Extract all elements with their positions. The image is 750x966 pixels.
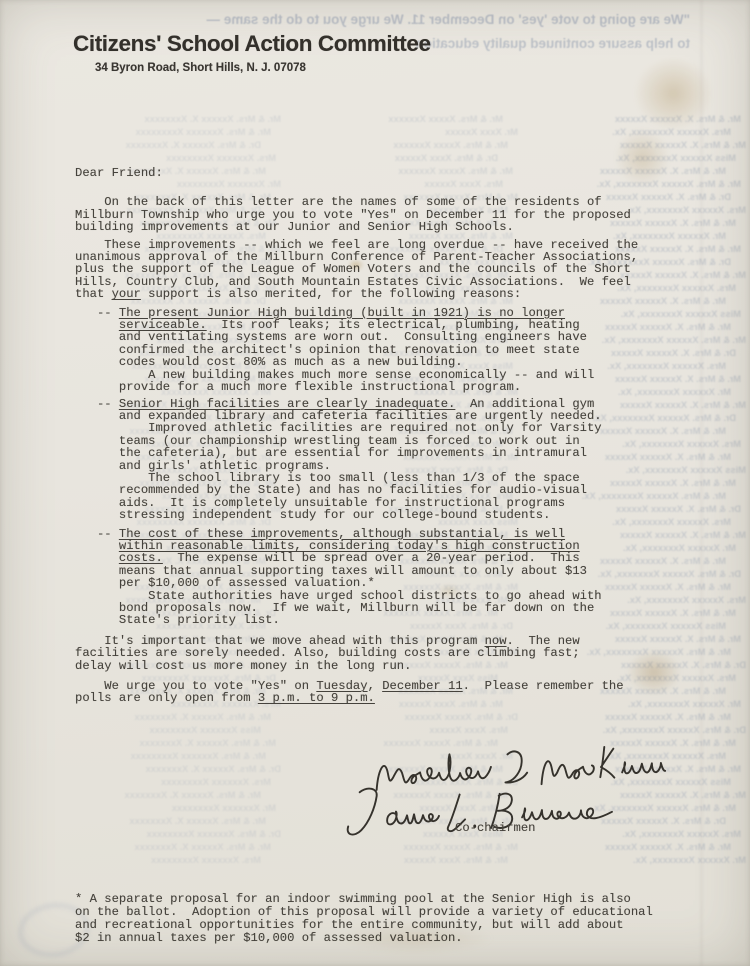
bleedthrough-name-row: Dr. & Mrs. Xxxx Xxxxxx (298, 151, 518, 164)
bleedthrough-name-row: Dr. & Mrs. Xxxxx Xxxxxxx (298, 710, 518, 723)
bleedthrough-name-row: Mr. & Mrs. Xxxxxx X. Xxxxxxxx (66, 840, 281, 853)
bleedthrough-name-row: Mr. Xxxxxxx Xxxxxxxxx (66, 801, 281, 814)
underlined-text: 3 p.m. to 9 p.m. (258, 691, 375, 705)
letter-paragraph: On the back of this letter are the names… (75, 196, 687, 233)
footnote-line: $2 in annual taxes per $10,000 of assess… (75, 932, 695, 945)
letterhead-address: 34 Byron Road, Short Hills, N. J. 07078 (95, 62, 306, 75)
bleedthrough-name-row: Miss Xxxxxx Xxxxxxxx, Xx. (536, 151, 746, 164)
letter-bullet: -- The cost of these improvements, altho… (75, 528, 687, 627)
bleedthrough-name-row: Mr. & Mrs. Xxxxxx X. Xxxxxxxx (66, 788, 281, 801)
letter-line: stressing independent study for our coll… (75, 509, 687, 521)
bleedthrough-name-row: Dr. & Mrs. Xxxxxx X. Xxxxxxxx (66, 138, 281, 151)
bleedthrough-name-row: Dr. & Mrs. Xxxxxxx Xxxxxxxxx (66, 827, 281, 840)
letter-paragraph: These improvements -- which we feel are … (75, 239, 687, 301)
bleedthrough-name-row: Mr. & Mrs. Xxxx Xxxxxx (298, 853, 518, 866)
letter-blocks: On the back of this letter are the names… (75, 196, 687, 704)
letter-line: provide for a much more flexible instruc… (75, 381, 687, 393)
letter-line: polls are only open from 3 p.m. to 9 p.m… (75, 692, 687, 704)
letter-bullet: -- Senior High facilities are clearly in… (75, 398, 687, 522)
bleedthrough-name-row: Mr. & Mrs. X. Xxxxxx Xxxxxx (536, 138, 746, 151)
bleedthrough-name-row: Miss Xxxxxxx Xxxxxxxxx (66, 723, 281, 736)
bleedthrough-name-row: Dr. & Mrs. Xxxxxx Xxxxxxxx, Xx. (536, 723, 746, 736)
bleedthrough-name-row: Mrs. Xxxx Xxxxxx (298, 723, 518, 736)
signature-james-l-brunson (339, 779, 635, 846)
underlined-text: December 11 (382, 679, 462, 693)
bleedthrough-name-row: Mr. & Mrs. Xxxxxx X. Xxxxxxxx (66, 710, 281, 723)
letter-line: State's priority list. (75, 614, 687, 626)
bleedthrough-name-row: Mr. & Mrs. Xxxxxxx Xxxxxxxxx (66, 749, 281, 762)
letter-bullet: -- The present Junior High building (bui… (75, 307, 687, 394)
letter-line: building improvements at our Junior and … (75, 221, 687, 233)
bleedthrough-name-row: Mrs. Xxxxxxx Xxxxxxxxx (66, 853, 281, 866)
bleedthrough-name-row: Mr. & Mrs. Xxxxxx X. Xxxxxxxx (66, 814, 281, 827)
bleedthrough-name-row: Mr. Xxxxxx Xxxxxxxx, Xx. (536, 853, 746, 866)
letter-body: Dear Friend: On the back of this letter … (75, 167, 687, 705)
bleedthrough-name-row: Mr. & Mrs. X. Xxxxxx Xxxxxx (536, 112, 746, 125)
letter-footnote: * A separate proposal for an indoor swim… (75, 893, 695, 945)
letter-paragraph: We urge you to vote "Yes" on Tuesday, De… (75, 680, 687, 705)
bleedthrough-name-row: Mr. & Mrs. X. Xxxxxx Xxxxxx (536, 710, 746, 723)
letter-salutation: Dear Friend: (75, 167, 687, 179)
underlined-text: your (112, 287, 141, 301)
bleedthrough-name-row: Dr. & Mrs. Xxxxxx X. Xxxxxxxx (66, 762, 281, 775)
bleedthrough-name-row: Mrs. Xxxxxxx Xxxxxxxxx (66, 775, 281, 788)
bleedthrough-name-row: Mr. & Mrs. Xxxxxx X. Xxxxxxxx (66, 112, 281, 125)
letterhead-org-name: Citizens' School Action Committee (73, 32, 431, 56)
bleedthrough-name-row: Mrs. Xxxxxxx Xxxxxxxxx (66, 151, 281, 164)
letter-paragraph: It's important that we move ahead with t… (75, 635, 687, 672)
letter-line: delay will cost us more money in the lon… (75, 660, 687, 672)
bleedthrough-name-row: Mr. & Mrs. Xxxxx Xxxxxxx (298, 138, 518, 151)
paper-crease (700, 0, 703, 966)
bleedthrough-name-row: Mrs. Xxxxxx Xxxxxxxx, Xx. (536, 125, 746, 138)
cochairmen-label: Co-chairmen (455, 821, 535, 835)
bleedthrough-name-row: Mr. & Mrs. Xxxxx Xxxxxxx (298, 112, 518, 125)
bleedthrough-headline-line1: "We are going to vote 'yes' on December … (95, 13, 690, 27)
bleedthrough-name-row: Mr. & Mrs. Xxxxxxx Xxxxxxxxx (66, 125, 281, 138)
letter-line: that your support is also merited, for t… (75, 288, 687, 300)
bleedthrough-name-row: Mr. Xxxx Xxxxxx (298, 125, 518, 138)
bleedthrough-name-row: Mr. & Mrs. Xxxxxx X. Xxxxxxxx (66, 736, 281, 749)
